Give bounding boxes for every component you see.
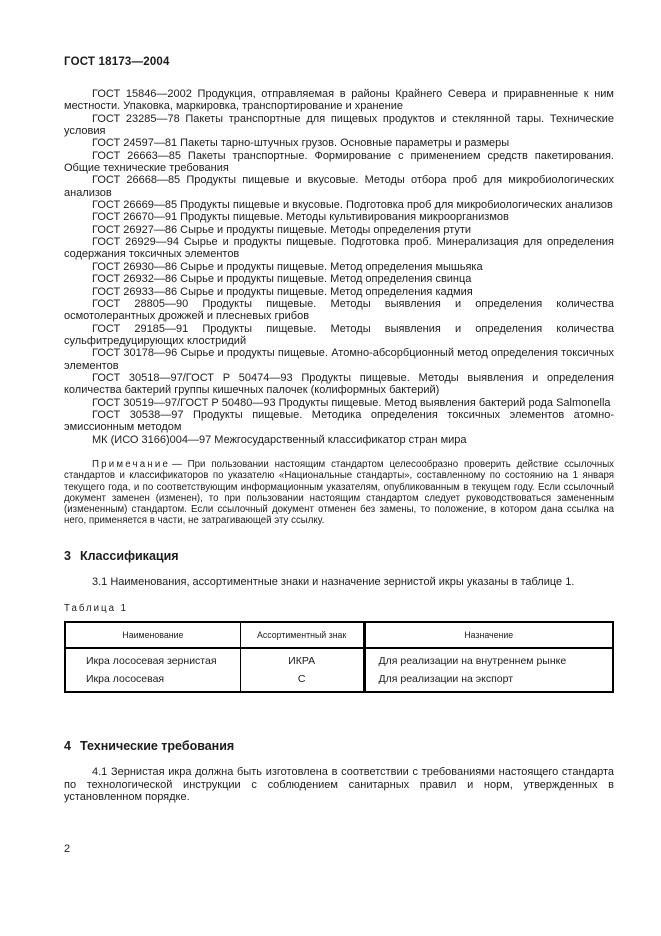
reference-item: ГОСТ 26669—85 Продукты пищевые и вкусовы… (64, 199, 614, 211)
reference-item: ГОСТ 26933—86 Сырье и продукты пищевые. … (64, 286, 614, 298)
reference-item: ГОСТ 23285—78 Пакеты транспортные для пи… (64, 113, 614, 138)
reference-item: ГОСТ 26927—86 Сырье и продукты пищевые. … (64, 224, 614, 236)
table-header-row: Наименование Ассортиментный знак Назначе… (65, 622, 613, 648)
page-number: 2 (64, 843, 70, 855)
reference-item: ГОСТ 30519—97/ГОСТ Р 50480—93 Продукты п… (64, 397, 614, 409)
cell-purpose: Для реализации на экспорт (364, 670, 613, 692)
note-paragraph: Примечание— При пользовании настоящим ст… (64, 459, 614, 527)
column-header-name: Наименование (65, 622, 240, 648)
document-page: ГОСТ 18173—2004 ГОСТ 15846—2002 Продукци… (0, 0, 661, 936)
reference-item: ГОСТ 15846—2002 Продукция, отправляемая … (64, 88, 614, 113)
section-4-title: Технические требования (80, 739, 234, 753)
table-row: Икра лососевая зернистая ИКРА Для реализ… (65, 648, 613, 670)
document-number: ГОСТ 18173—2004 (64, 56, 614, 68)
table-row: Икра лососевая С Для реализации на экспо… (65, 670, 613, 692)
section-4-number: 4 (64, 739, 71, 753)
reference-item: ГОСТ 26663—85 Пакеты транспортные. Форми… (64, 150, 614, 175)
reference-item: ГОСТ 28805—90 Продукты пищевые. Методы в… (64, 298, 614, 323)
section-4-heading: 4Технические требования (64, 739, 614, 753)
clause-3-1: 3.1 Наименования, ассортиментные знаки и… (64, 576, 614, 588)
reference-item: ГОСТ 30538—97 Продукты пищевые. Методика… (64, 409, 614, 434)
reference-item: ГОСТ 26930—86 Сырье и продукты пищевые. … (64, 261, 614, 273)
reference-item: ГОСТ 26932—86 Сырье и продукты пищевые. … (64, 273, 614, 285)
cell-mark: С (240, 670, 364, 692)
reference-item: ГОСТ 26929—94 Сырье и продукты пищевые. … (64, 236, 614, 261)
cell-name: Икра лососевая зернистая (65, 648, 240, 670)
cell-purpose: Для реализации на внутреннем рынке (364, 648, 613, 670)
page-content: ГОСТ 18173—2004 ГОСТ 15846—2002 Продукци… (64, 56, 614, 803)
note-label: Примечание (92, 459, 170, 470)
column-header-purpose: Назначение (364, 622, 613, 648)
reference-item: ГОСТ 30518—97/ГОСТ Р 50474—93 Продукты п… (64, 372, 614, 397)
reference-item: ГОСТ 29185—91 Продукты пищевые. Методы в… (64, 323, 614, 348)
reference-item: ГОСТ 26670—91 Продукты пищевые. Методы к… (64, 211, 614, 223)
cell-mark: ИКРА (240, 648, 364, 670)
column-header-mark: Ассортиментный знак (240, 622, 364, 648)
section-3-number: 3 (64, 549, 71, 563)
reference-item: ГОСТ 26668—85 Продукты пищевые и вкусовы… (64, 174, 614, 199)
clause-4-1: 4.1 Зернистая икра должна быть изготовле… (64, 766, 614, 803)
section-3-title: Классификация (80, 549, 179, 563)
section-3-heading: 3Классификация (64, 549, 614, 563)
table-caption: Таблица 1 (64, 603, 614, 614)
reference-item: ГОСТ 24597—81 Пакеты тарно-штучных грузо… (64, 137, 614, 149)
reference-item: ГОСТ 30178—96 Сырье и продукты пищевые. … (64, 347, 614, 372)
reference-item: МК (ИСО 3166)004—97 Межгосударственный к… (64, 434, 614, 446)
references-list: ГОСТ 15846—2002 Продукция, отправляемая … (64, 88, 614, 446)
classification-table: Наименование Ассортиментный знак Назначе… (64, 621, 614, 693)
cell-name: Икра лососевая (65, 670, 240, 692)
